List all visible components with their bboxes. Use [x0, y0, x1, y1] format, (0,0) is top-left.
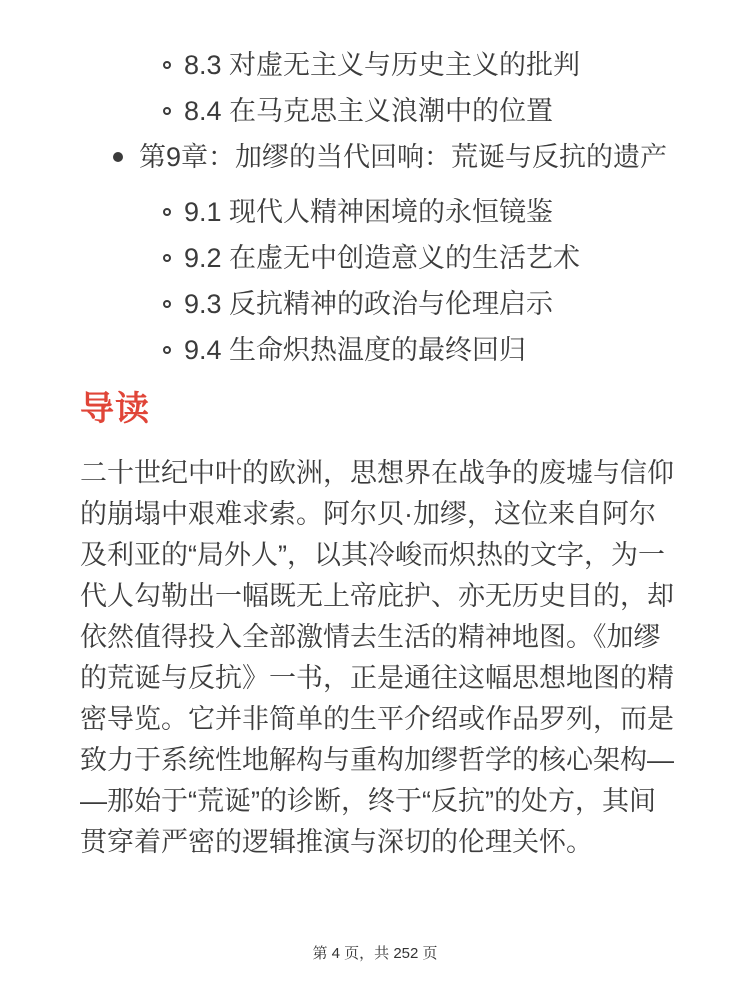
page-footer: 第 4 页，共 252 页 [0, 946, 750, 962]
toc-item: 8.3 对虚无主义与历史主义的批判 [0, 51, 750, 79]
toc-item-chapter: 第9章：加缪的当代回响：荒诞与反抗的遗产 [0, 143, 750, 171]
toc-item: 9.4 生命炽热温度的最终回归 [0, 336, 750, 364]
circle-bullet-icon [163, 346, 171, 354]
circle-bullet-icon [163, 61, 171, 69]
toc-item-label: 8.4 在马克思主义浪潮中的位置 [184, 97, 553, 125]
circle-bullet-icon [163, 208, 171, 216]
toc-item-label: 第9章：加缪的当代回响：荒诞与反抗的遗产 [139, 143, 667, 171]
toc-item: 9.3 反抗精神的政治与伦理启示 [0, 290, 750, 318]
toc-item-label: 9.2 在虚无中创造意义的生活艺术 [184, 244, 580, 272]
circle-bullet-icon [163, 300, 171, 308]
disc-bullet-icon [113, 152, 123, 162]
toc-item-label: 9.1 现代人精神困境的永恒镜鉴 [184, 198, 553, 226]
toc-item-label: 8.3 对虚无主义与历史主义的批判 [184, 51, 580, 79]
page-indicator: 第 4 页，共 252 页 [312, 945, 437, 962]
intro-paragraph: 二十世纪中叶的欧洲，思想界在战争的废墟与信仰的崩塌中艰难求索。阿尔贝·加缪，这位… [80, 453, 676, 863]
document-page: 8.3 对虚无主义与历史主义的批判 8.4 在马克思主义浪潮中的位置 第9章：加… [0, 0, 750, 1000]
section-heading: 导读 [80, 391, 750, 427]
toc-item: 9.1 现代人精神困境的永恒镜鉴 [0, 198, 750, 226]
table-of-contents: 8.3 对虚无主义与历史主义的批判 8.4 在马克思主义浪潮中的位置 第9章：加… [0, 0, 750, 364]
circle-bullet-icon [163, 107, 171, 115]
toc-item: 8.4 在马克思主义浪潮中的位置 [0, 97, 750, 125]
toc-item-label: 9.4 生命炽热温度的最终回归 [184, 336, 526, 364]
toc-item: 9.2 在虚无中创造意义的生活艺术 [0, 244, 750, 272]
toc-item-label: 9.3 反抗精神的政治与伦理启示 [184, 290, 553, 318]
circle-bullet-icon [163, 254, 171, 262]
